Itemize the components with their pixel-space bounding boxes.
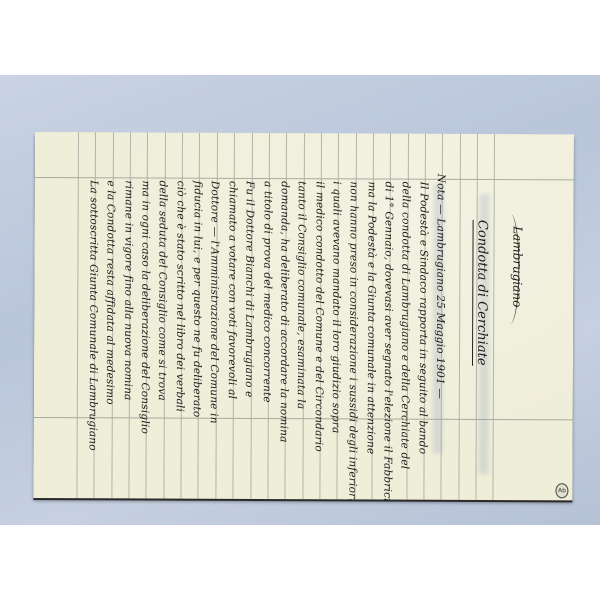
handwritten-line: e la Condotta resta affidata al medesimo (104, 180, 117, 404)
handwritten-line: domanda, ha deliberato di accordare la n… (277, 181, 290, 443)
handwritten-line: non hanno preso in considerazione i suss… (347, 181, 360, 500)
handwritten-line: tanto il Consiglio comunale, esaminata l… (295, 181, 308, 409)
ruled-column-line (76, 132, 79, 498)
archive-stamp: Ab (555, 483, 568, 498)
handwritten-line: Nota — Lambrugiano 25 Maggio 1901 — (434, 174, 447, 399)
document-title: Condotta di Cerchiate (472, 220, 490, 366)
handwritten-line: rimane in vigore fino alla nuova nomina (122, 180, 135, 400)
handwritten-line: a titolo di prova del medico concorrente (260, 181, 273, 403)
handwritten-line: della condotta di Lambrugiano e della Ce… (399, 182, 412, 470)
handwritten-line: chiamato a votare con voti favorevoli al (226, 181, 239, 399)
handwritten-line: di 1° Gennaio, dovevasi aver segnato l'e… (381, 182, 394, 501)
document-heading: Lambrugiano (510, 226, 524, 307)
handwritten-line: La sottoscritta Giunta Comunale di Lambr… (87, 180, 100, 451)
handwritten-line: Fu il Dottore Bianchi di Lambrugiano e (243, 181, 256, 398)
handwritten-line: della seduta del Consiglio come si trova (156, 181, 169, 401)
handwritten-line: ciò che è stato scritto nel libro dei ve… (174, 181, 187, 412)
ruled-column-line (458, 134, 461, 500)
handwritten-line: Dottore — l'Amministrazione del Comune i… (208, 181, 221, 424)
handwritten-line: i quali avevano mandato il loro giudizio… (330, 181, 343, 433)
handwritten-line: Il Podestà e Sindaco rapporta in seguito… (416, 182, 429, 455)
handwritten-line: il medico condotto del Comune e del Circ… (312, 181, 325, 452)
ruled-column-line (493, 134, 496, 500)
handwritten-line: ma in ogni caso la deliberazione del Con… (139, 180, 152, 434)
manuscript-sheet: Lambrugiano Condotta di Cerchiate Nota —… (33, 132, 574, 500)
handwritten-line: ma la Podestà e la Giunta comunale in at… (364, 181, 377, 454)
handwritten-line: fiducia in lui, e per questo ne fu delib… (191, 181, 204, 418)
